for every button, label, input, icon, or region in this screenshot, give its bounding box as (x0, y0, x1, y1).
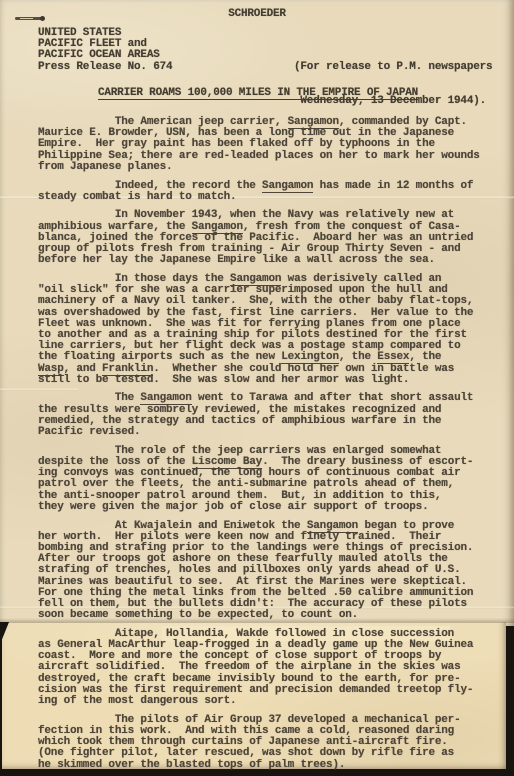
text-line: they were given the major job of close a… (38, 502, 508, 513)
text-line: before her lay the Japanese Empire like … (38, 255, 508, 266)
document-text-layer: SCHROEDER UNITED STATES PACIFIC FLEET an… (0, 0, 514, 776)
agency-header: UNITED STATES PACIFIC FLEET and PACIFIC … (38, 28, 172, 73)
release-note-line: (For release to P.M. newspapers (294, 62, 492, 73)
text-line: still to be tested. She was slow and her… (38, 375, 508, 386)
typist-annotation: SCHROEDER (0, 8, 514, 20)
paragraph: In November 1943, when the Navy was rela… (38, 210, 508, 266)
press-release-number: Press Release No. 674 (38, 62, 172, 73)
scanned-press-release: SCHROEDER UNITED STATES PACIFIC FLEET an… (0, 0, 514, 776)
text-line: steady combat is hard to match. (38, 192, 508, 203)
paragraph: Aitape, Hollandia, Wakde followed in clo… (38, 629, 508, 707)
document-title-text: CARRIER ROAMS 100,000 MILES IN THE EMPIR… (98, 87, 418, 100)
paragraph: The Sangamon went to Tarawa and after th… (38, 393, 508, 438)
agency-line: PACIFIC OCEAN AREAS (38, 50, 172, 61)
text-line: Pacific revised. (38, 427, 508, 438)
paragraph: The role of the jeep carriers was enlarg… (38, 446, 508, 513)
text-line: he skimmed over the blasted tops of palm… (38, 760, 508, 771)
paragraph: In those days the Sangamon was derisivel… (38, 274, 508, 386)
document-body: The American jeep carrier, Sangamon, com… (38, 117, 508, 776)
text-line: from Japanese planes. (38, 162, 508, 173)
document-title: CARRIER ROAMS 100,000 MILES IN THE EMPIR… (38, 87, 478, 99)
paragraph: At Kwajalein and Eniwetok the Sangamon b… (38, 521, 508, 622)
paragraph: Indeed, the record the Sangamon has made… (38, 181, 508, 203)
paragraph: The pilots of Air Group 37 developed a m… (38, 715, 508, 771)
text-line: ing of the most dangerous sort. (38, 696, 508, 707)
text-line: soon became something to be expected, to… (38, 610, 508, 621)
paragraph: The American jeep carrier, Sangamon, com… (38, 117, 508, 173)
